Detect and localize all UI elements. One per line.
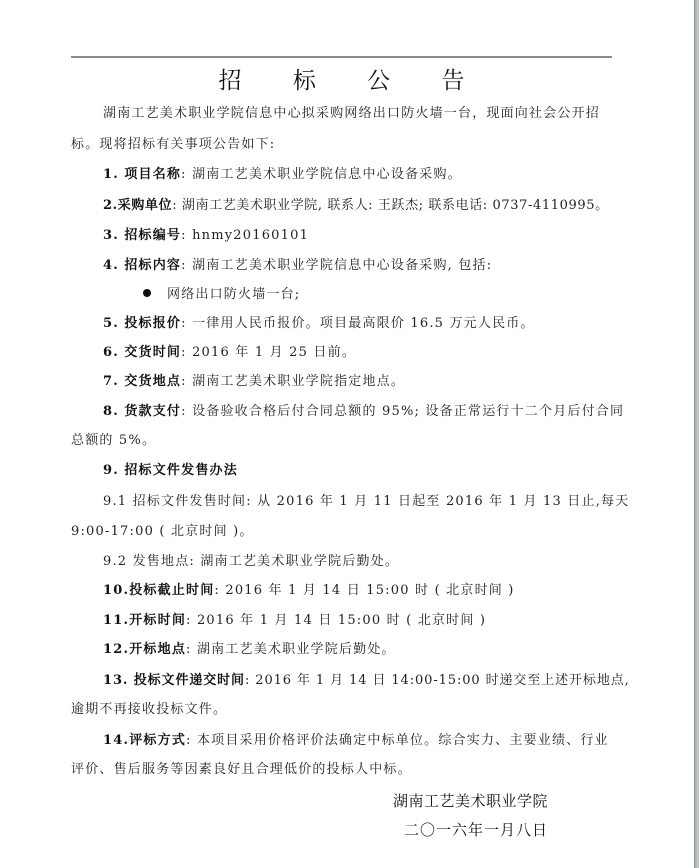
item-6: 6. 交货时间: 2016 年 1 月 25 日前。 bbox=[103, 345, 356, 361]
item-value: 湖南工艺美术职业学院信息中心设备采购, 包括: bbox=[187, 258, 493, 273]
document-title: 招 标 公 告 bbox=[0, 62, 683, 95]
item-10: 10.投标截止时间: 2016 年 1 月 14 日 15:00 时 ( 北京时… bbox=[103, 583, 515, 599]
item-value: 湖南工艺美术职业学院, 联系人: 王跃杰; 联系电话: 0737-4110995… bbox=[177, 198, 609, 213]
item-2: 2.采购单位: 湖南工艺美术职业学院, 联系人: 王跃杰; 联系电话: 0737… bbox=[103, 198, 609, 214]
header-rule bbox=[71, 56, 612, 58]
signature-organization: 湖南工艺美术职业学院 bbox=[393, 790, 548, 811]
item-value: 湖南工艺美术职业学院指定地点。 bbox=[187, 374, 405, 389]
bullet-item: 网络出口防火墙一台; bbox=[143, 287, 300, 303]
item-value: 设备验收合格后付合同总额的 95%; 设备正常运行十二个月后付合同 bbox=[187, 404, 624, 419]
sub-item-9-2: 9.2 发售地点: 湖南工艺美术职业学院后勤处。 bbox=[103, 554, 399, 570]
item-label: 招标文件发售办法 bbox=[124, 463, 238, 478]
item-label: 投标截止时间 bbox=[129, 583, 214, 598]
item-5: 5. 投标报价: 一律用人民币报价。项目最高限价 16.5 万元人民币。 bbox=[103, 316, 535, 332]
item-12: 12.开标地点: 湖南工艺美术职业学院后勤处。 bbox=[103, 642, 396, 658]
item-8-continuation: 总额的 5%。 bbox=[71, 433, 156, 449]
sub-item-9-1: 9.1 招标文件发售时间: 从 2016 年 1 月 11 日起至 2016 年… bbox=[103, 494, 629, 510]
item-label: 采购单位 bbox=[118, 198, 172, 213]
item-label: 评标方式 bbox=[129, 733, 186, 748]
item-value: 湖南工艺美术职业学院后勤处。 bbox=[192, 642, 396, 657]
item-13-continuation: 逾期不再接收投标文件。 bbox=[71, 702, 227, 718]
item-label: 货款支付 bbox=[124, 404, 181, 419]
item-value: 2016 年 1 月 14 日 15:00 时 ( 北京时间 ) bbox=[192, 613, 487, 628]
sub-item-9-1-continuation: 9:00-17:00 ( 北京时间 )。 bbox=[71, 524, 254, 540]
signature-date: 二〇一六年一月八日 bbox=[404, 819, 548, 840]
item-14-continuation: 评价、售后服务等因素良好且合理低价的投标人中标。 bbox=[71, 762, 412, 778]
item-value: hnmy20160101 bbox=[187, 228, 309, 243]
item-label: 开标地点 bbox=[129, 642, 186, 657]
item-11: 11.开标时间: 2016 年 1 月 14 日 15:00 时 ( 北京时间 … bbox=[103, 613, 486, 629]
item-label: 开标时间 bbox=[129, 613, 186, 628]
item-value: 湖南工艺美术职业学院信息中心设备采购。 bbox=[187, 167, 462, 182]
vertical-scrollbar[interactable] bbox=[694, 0, 699, 868]
item-value: 本项目采用价格评价法确定中标单位。综合实力、主要业绩、行业 bbox=[192, 733, 609, 748]
item-9: 9. 招标文件发售办法 bbox=[103, 463, 238, 479]
item-13: 13. 投标文件递交时间: 2016 年 1 月 14 日 14:00-15:0… bbox=[103, 673, 630, 689]
item-value: 2016 年 1 月 14 日 14:00-15:00 时递交至上述开标地点, bbox=[250, 673, 629, 688]
bullet-icon bbox=[143, 289, 151, 297]
item-label: 招标编号 bbox=[124, 228, 181, 243]
item-label: 投标文件递交时间 bbox=[128, 673, 245, 688]
item-3: 3. 招标编号: hnmy20160101 bbox=[103, 228, 309, 244]
item-label: 交货地点 bbox=[124, 374, 181, 389]
item-8: 8. 货款支付: 设备验收合格后付合同总额的 95%; 设备正常运行十二个月后付… bbox=[103, 404, 624, 420]
item-value: 2016 年 1 月 25 日前。 bbox=[187, 345, 356, 360]
item-14: 14.评标方式: 本项目采用价格评价法确定中标单位。综合实力、主要业绩、行业 bbox=[103, 733, 609, 749]
item-label: 招标内容 bbox=[124, 258, 181, 273]
item-7: 7. 交货地点: 湖南工艺美术职业学院指定地点。 bbox=[103, 374, 405, 390]
item-label: 交货时间 bbox=[124, 345, 181, 360]
document-page: 招 标 公 告 湖南工艺美术职业学院信息中心拟采购网络出口防火墙一台，现面向社会… bbox=[0, 0, 694, 868]
intro-line-1: 湖南工艺美术职业学院信息中心拟采购网络出口防火墙一台，现面向社会公开招 bbox=[103, 106, 600, 122]
item-value: 2016 年 1 月 14 日 15:00 时 ( 北京时间 ) bbox=[220, 583, 515, 598]
item-1: 1. 项目名称: 湖南工艺美术职业学院信息中心设备采购。 bbox=[103, 167, 462, 183]
item-value: 一律用人民币报价。项目最高限价 16.5 万元人民币。 bbox=[187, 316, 535, 331]
item-label: 项目名称 bbox=[124, 167, 181, 182]
item-label: 投标报价 bbox=[124, 316, 181, 331]
item-4: 4. 招标内容: 湖南工艺美术职业学院信息中心设备采购, 包括: bbox=[103, 258, 492, 274]
intro-line-2: 标。现将招标有关事项公告如下: bbox=[71, 137, 275, 153]
